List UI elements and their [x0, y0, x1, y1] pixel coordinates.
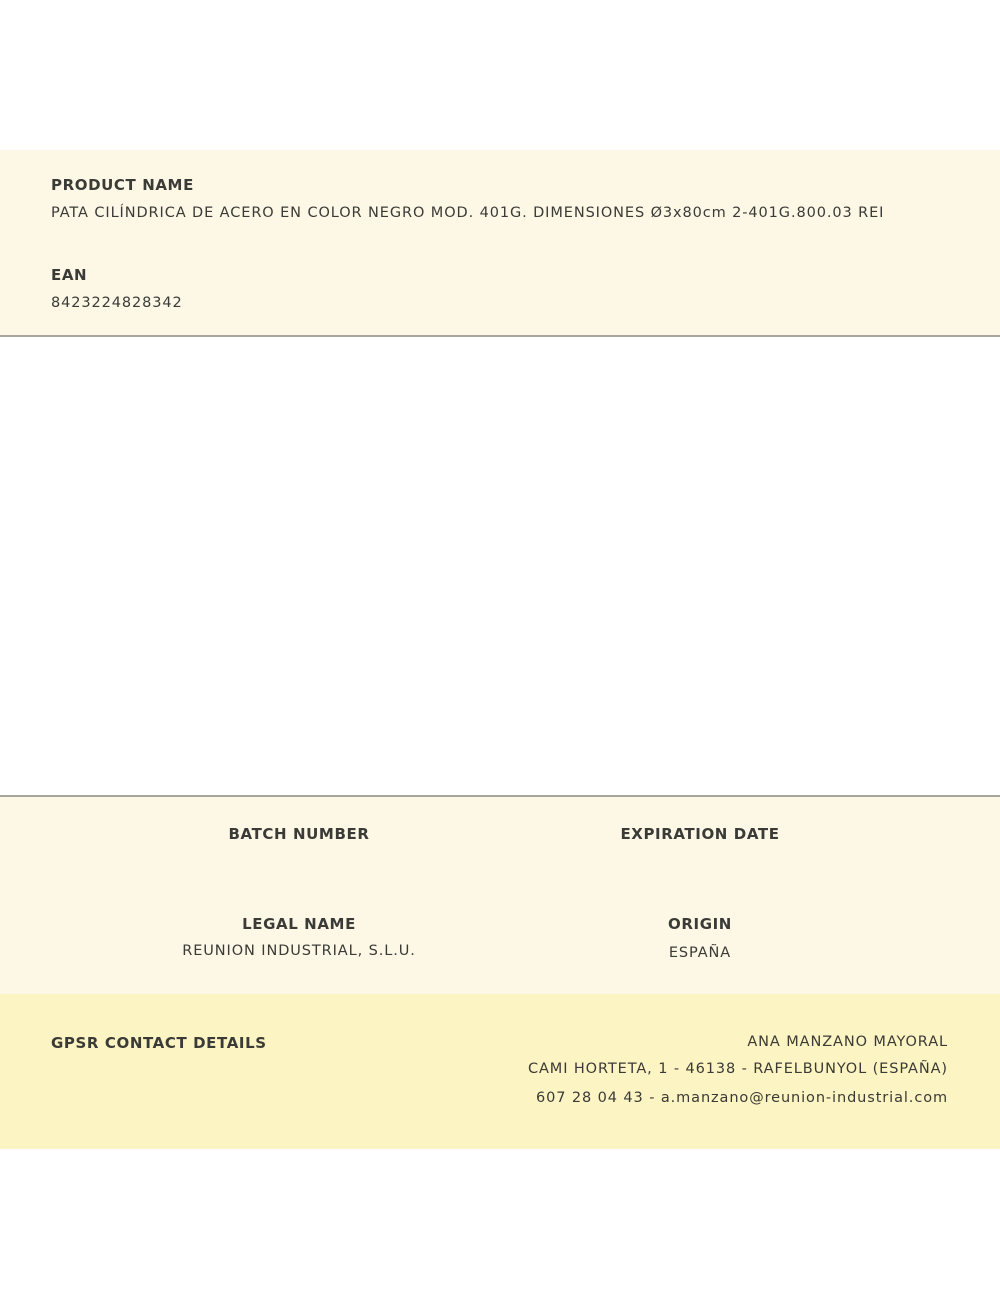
gpsr-contact-phone-email: 607 28 04 43 - a.manzano@reunion-industr…	[536, 1090, 948, 1106]
origin-value: ESPAÑA	[669, 945, 731, 961]
gpsr-contact-name: ANA MANZANO MAYORAL	[747, 1034, 948, 1050]
product-name-value: PATA CILÍNDRICA DE ACERO EN COLOR NEGRO …	[51, 205, 884, 221]
expiration-date-label: EXPIRATION DATE	[620, 825, 779, 843]
gpsr-contact-section: GPSR CONTACT DETAILS ANA MANZANO MAYORAL…	[0, 994, 1000, 1149]
ean-label: EAN	[51, 266, 87, 284]
gpsr-contact-address: CAMI HORTETA, 1 - 46138 - RAFELBUNYOL (E…	[528, 1061, 948, 1077]
product-info-section: PRODUCT NAME PATA CILÍNDRICA DE ACERO EN…	[0, 150, 1000, 337]
ean-value: 8423224828342	[51, 295, 183, 311]
origin-label: ORIGIN	[668, 915, 732, 933]
legal-name-label: LEGAL NAME	[242, 915, 356, 933]
legal-name-value: REUNION INDUSTRIAL, S.L.U.	[182, 943, 416, 959]
product-name-label: PRODUCT NAME	[51, 176, 194, 194]
product-details-section: BATCH NUMBER EXPIRATION DATE LEGAL NAME …	[0, 795, 1000, 996]
gpsr-contact-label: GPSR CONTACT DETAILS	[51, 1034, 267, 1052]
batch-number-label: BATCH NUMBER	[229, 825, 370, 843]
